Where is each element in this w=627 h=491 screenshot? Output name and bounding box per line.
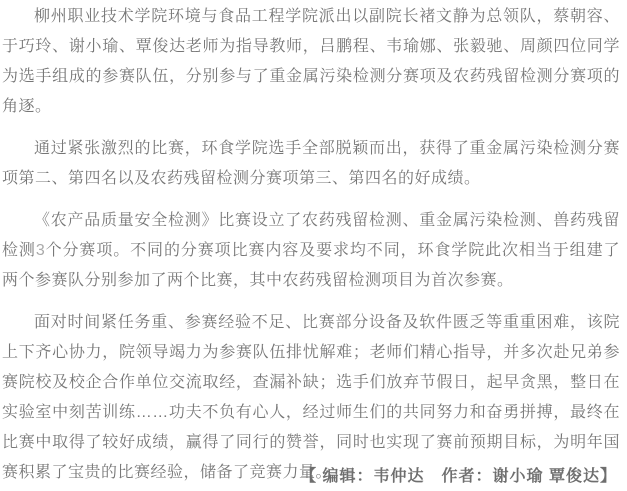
paragraph-team-intro: 柳州职业技术学院环境与食品工程学院派出以副院长褚文静为总领队，蔡朝容、于巧玲、谢… [2, 2, 620, 122]
paragraph-results: 通过紧张激烈的比赛，环食学院选手全部脱颖而出，获得了重金属污染检测分赛项第二、第… [2, 134, 620, 194]
paragraph-preparation-effort: 面对时间紧任务重、参赛经验不足、比赛部分设备及软件匮乏等重重困难，该院上下齐心协… [2, 308, 620, 488]
paragraph-competition-structure: 《农产品质量安全检测》比赛设立了农药残留检测、重金属污染检测、兽药残留检测3个分… [2, 206, 620, 296]
editor-author-byline: 【 编辑：韦仲达 作者：谢小瑜 覃俊达】 [300, 463, 617, 486]
paragraph-competition-structure-text-cont: 个分赛项。不同的分赛项比赛内容及要求均不同，环食学院此次相当于组建了两个参赛队分… [2, 242, 620, 289]
sub-event-count: 3 [36, 242, 45, 259]
article-page: 柳州职业技术学院环境与食品工程学院派出以副院长褚文静为总领队，蔡朝容、于巧玲、谢… [0, 0, 627, 491]
